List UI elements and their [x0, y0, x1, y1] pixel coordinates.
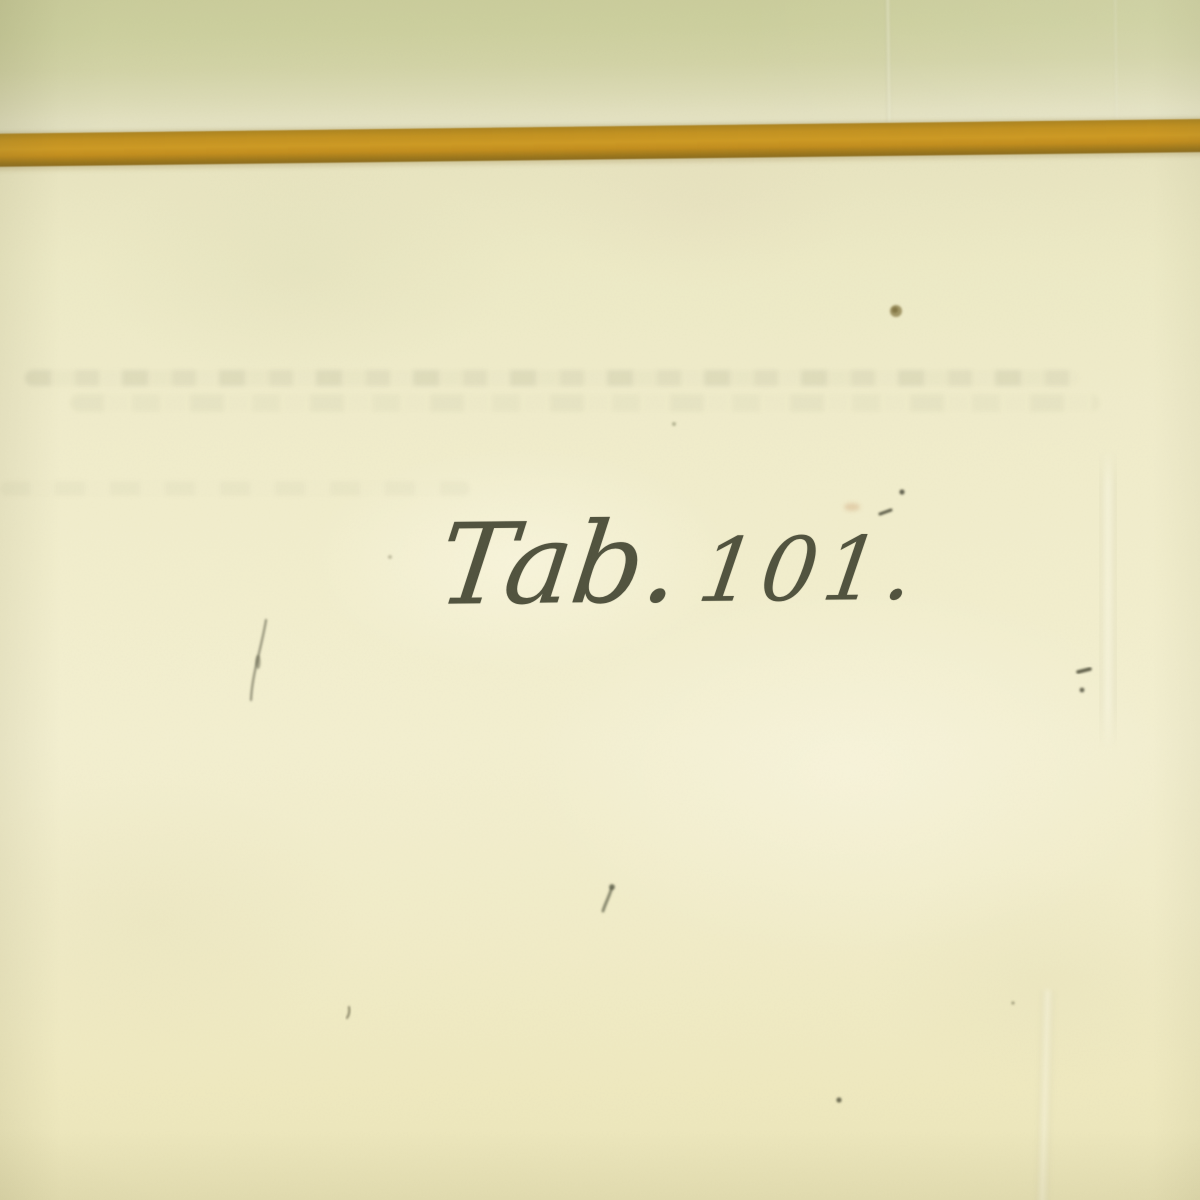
vignette-overlay	[0, 0, 1200, 1200]
photo-stage: Tab. 101.	[0, 0, 1200, 1200]
